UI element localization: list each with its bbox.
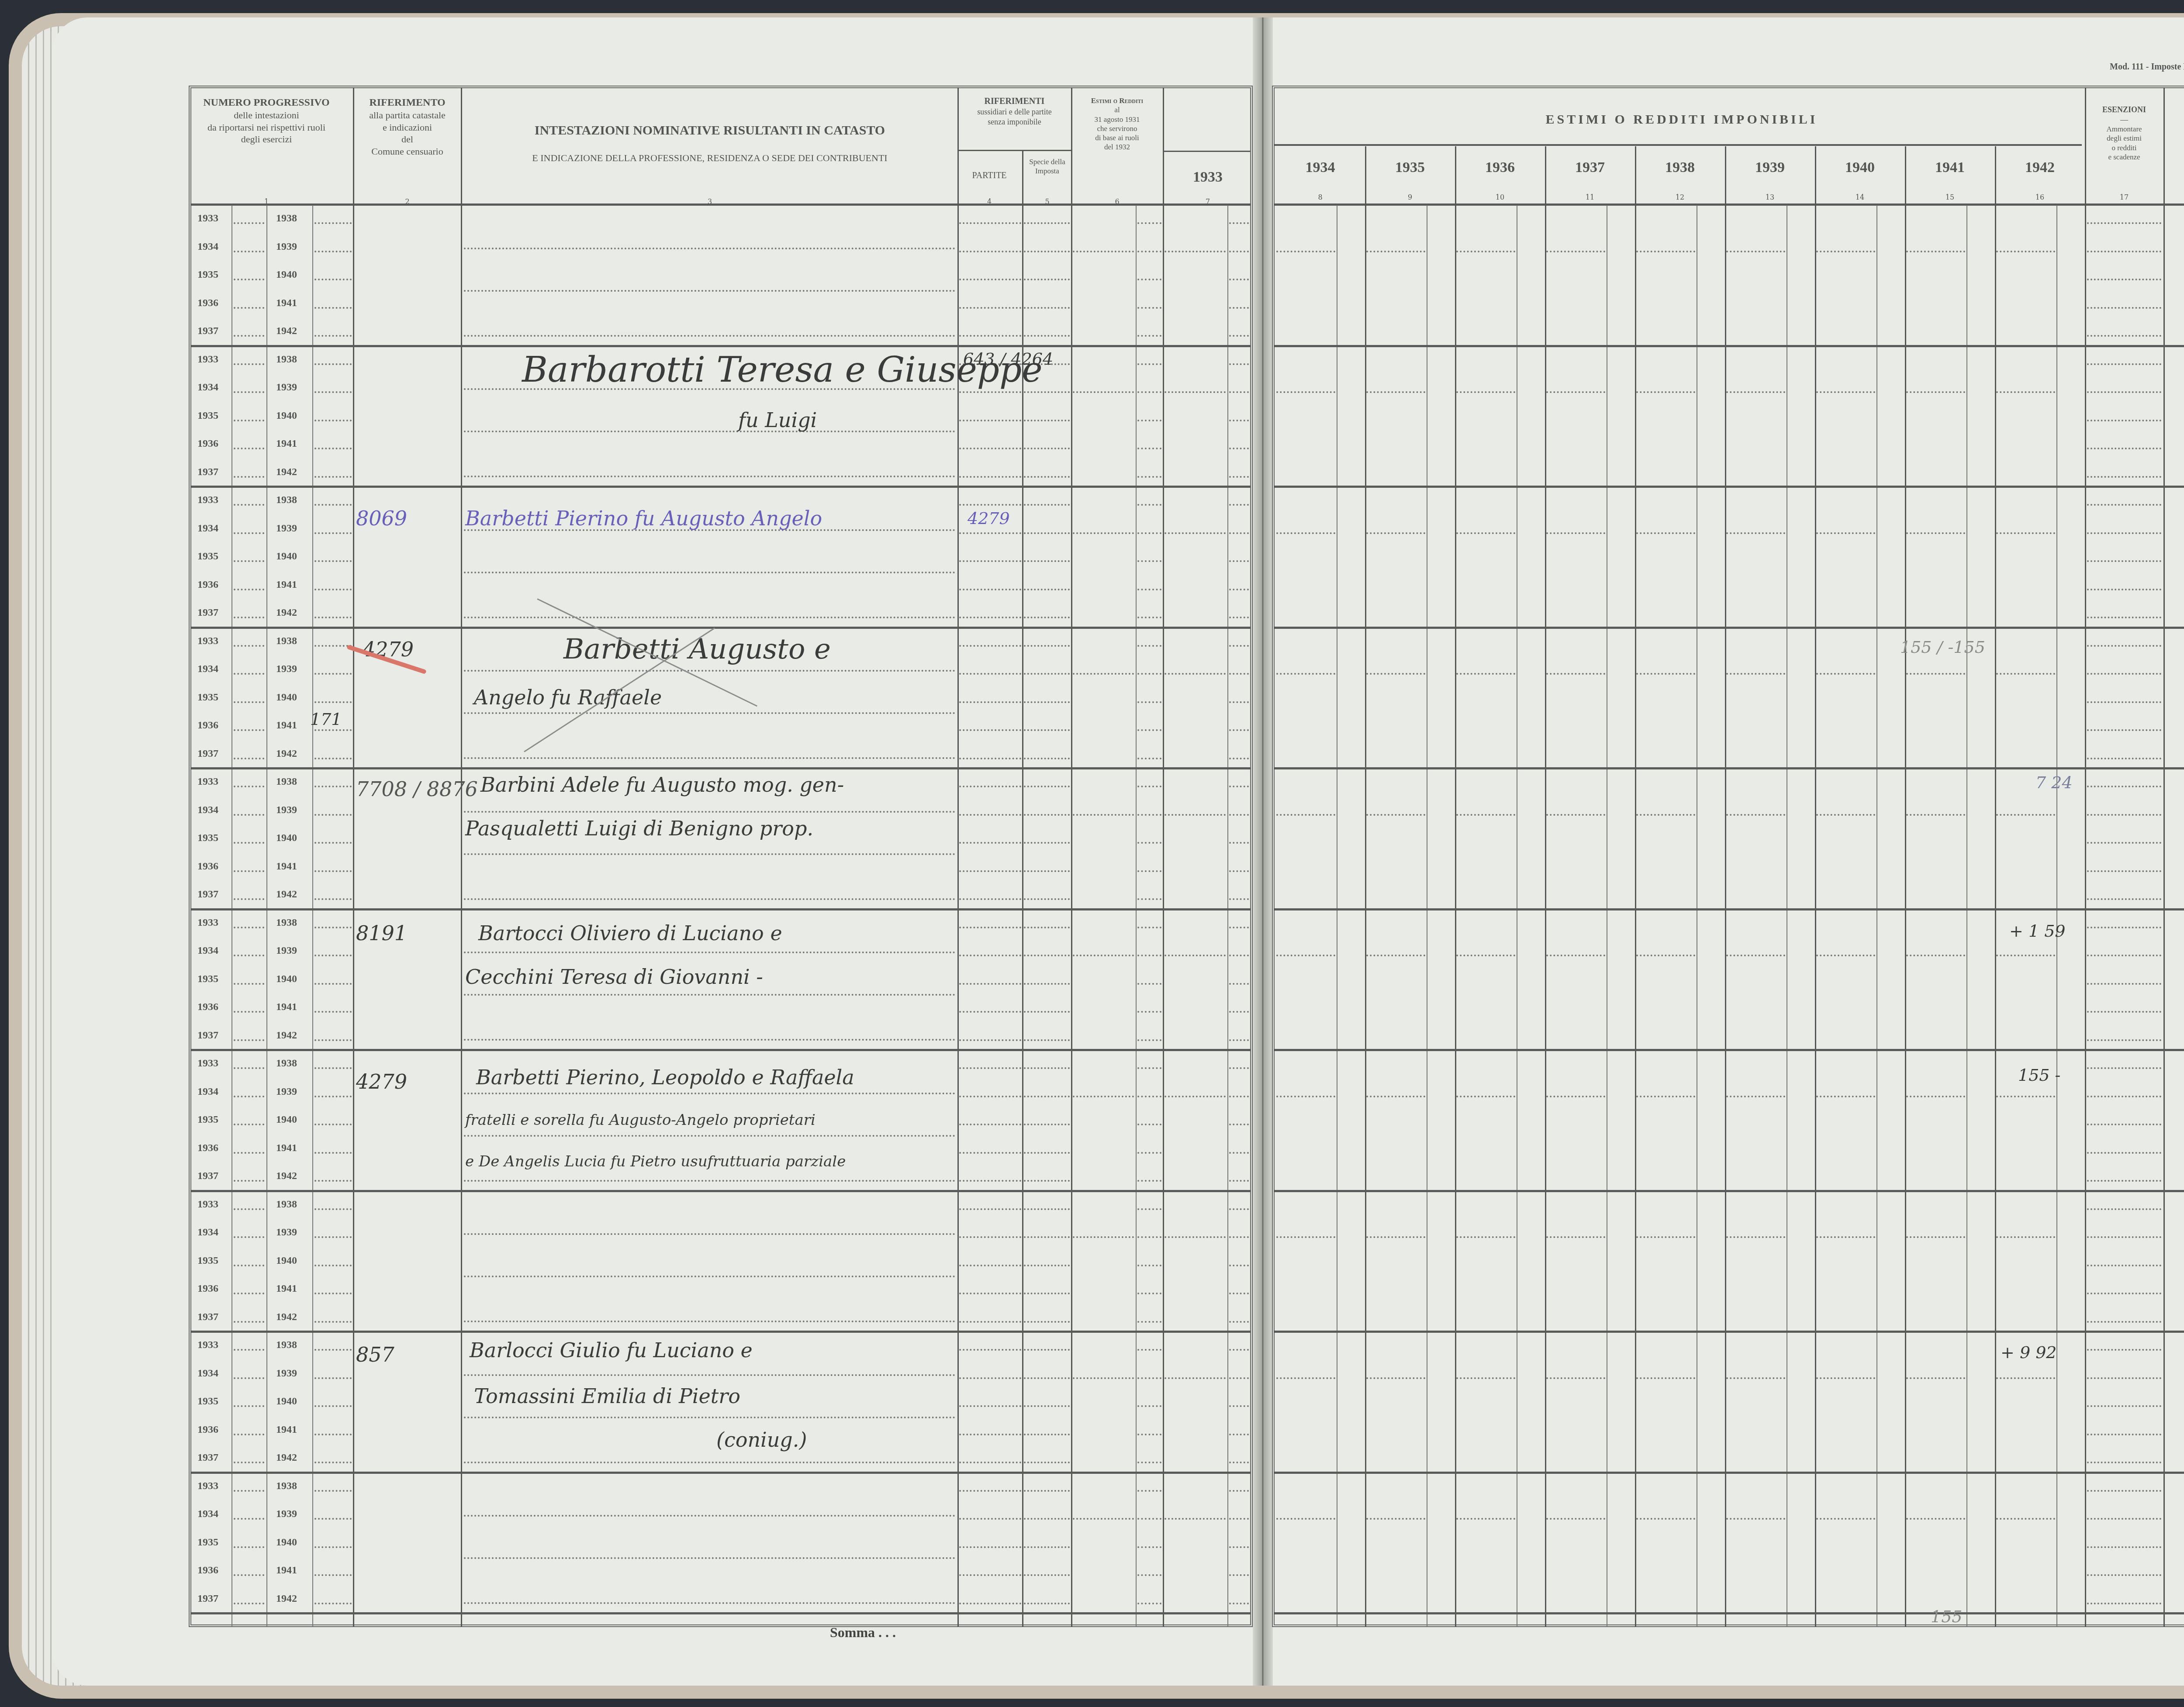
header-year: 1938 — [1635, 159, 1725, 177]
dotted-entry-line — [1229, 673, 1249, 675]
dotted-entry-line — [2087, 842, 2161, 844]
name-writing-line — [464, 335, 955, 337]
name-writing-line — [464, 572, 955, 573]
entry-riferimento: 8191 — [356, 921, 407, 945]
dotted-entry-line — [1229, 701, 1249, 703]
dotted-entry-line — [1906, 673, 1965, 675]
year-label: 1934 — [197, 382, 218, 393]
dotted-entry-line — [2087, 1518, 2161, 1520]
year-label: 1941 — [276, 1001, 297, 1013]
rule — [959, 150, 1071, 151]
dotted-entry-line — [1456, 673, 1515, 675]
dotted-entry-line — [1906, 532, 1965, 534]
dotted-entry-line — [1137, 1321, 1161, 1323]
header-estimi-1931: Estimi o Redditi al 31 agosto 1931 che s… — [1072, 96, 1162, 210]
dotted-entry-line — [1366, 391, 1425, 393]
dotted-entry-line — [234, 1490, 264, 1492]
dotted-entry-line — [2087, 1124, 2161, 1125]
entry-riferimento: 8069 — [356, 507, 407, 530]
dotted-entry-line — [234, 1236, 264, 1238]
dotted-entry-line — [1229, 898, 1249, 900]
dotted-entry-line — [1137, 673, 1161, 675]
year-label: 1936 — [197, 1283, 218, 1295]
year-label: 1934 — [197, 945, 218, 957]
year-label: 1942 — [276, 1170, 297, 1182]
year-label: 1941 — [276, 1142, 297, 1154]
dotted-entry-line — [1229, 645, 1249, 647]
dotted-entry-line — [314, 391, 352, 393]
dotted-entry-line — [1229, 1405, 1249, 1407]
dotted-entry-line — [2087, 504, 2161, 506]
name-writing-line — [464, 248, 955, 249]
dotted-entry-line — [234, 1293, 264, 1294]
entry-riferimento: 7708 / 8876 — [356, 777, 478, 801]
year-label: 1938 — [276, 1058, 297, 1069]
year-label: 1936 — [197, 579, 218, 591]
dotted-entry-line — [2087, 1180, 2161, 1182]
rule — [1274, 144, 2082, 146]
dotted-entry-line — [1366, 251, 1425, 252]
year-label: 1942 — [276, 748, 297, 760]
dotted-entry-line — [314, 1096, 352, 1097]
dotted-entry-line — [2087, 786, 2161, 787]
dotted-entry-line — [314, 927, 352, 928]
dotted-entry-line — [1816, 1096, 1875, 1097]
dotted-entry-line — [1229, 1124, 1249, 1125]
column-divider — [1455, 146, 1456, 1627]
dotted-entry-line — [959, 251, 1021, 252]
dotted-entry-line — [1137, 1265, 1161, 1266]
dotted-entry-line — [959, 786, 1021, 787]
dotted-entry-line — [2087, 729, 2161, 731]
dotted-entry-line — [1726, 673, 1785, 675]
dotted-entry-line — [1996, 1096, 2055, 1097]
dotted-entry-line — [2087, 532, 2161, 534]
dotted-entry-line — [314, 363, 352, 365]
dotted-entry-line — [2087, 983, 2161, 985]
dotted-entry-line — [2087, 617, 2161, 618]
header-line: alla partita catastale — [356, 109, 459, 121]
dotted-entry-line — [959, 842, 1021, 844]
dotted-entry-line — [234, 279, 264, 280]
column-divider — [1545, 146, 1546, 1627]
dotted-entry-line — [1073, 1377, 1134, 1379]
dotted-entry-line — [1816, 955, 1875, 956]
section-rule — [190, 908, 1251, 910]
section-rule — [190, 767, 1251, 769]
year-label: 1935 — [197, 410, 218, 422]
entry-partite: 4279 — [968, 509, 1010, 528]
year-label: 1940 — [276, 832, 297, 844]
name-writing-line — [464, 1276, 955, 1277]
dotted-entry-line — [1137, 307, 1161, 309]
year-label: 1938 — [276, 776, 297, 788]
column-divider — [1815, 146, 1816, 1627]
dotted-entry-line — [1024, 1462, 1070, 1463]
dotted-entry-line — [1229, 1603, 1249, 1604]
dotted-entry-line — [1229, 1321, 1249, 1323]
dotted-entry-line — [2087, 1377, 2161, 1379]
header-line: o redditi — [2085, 143, 2163, 152]
dotted-entry-line — [1073, 1518, 1134, 1520]
dotted-entry-line — [959, 729, 1021, 731]
dotted-entry-line — [234, 251, 264, 252]
dotted-entry-line — [959, 758, 1021, 759]
dotted-entry-line — [1024, 307, 1070, 309]
dotted-entry-line — [234, 1152, 264, 1154]
column-divider — [1227, 205, 1228, 1627]
dotted-entry-line — [959, 1180, 1021, 1182]
dotted-entry-line — [1024, 955, 1070, 956]
year-label: 1941 — [276, 1283, 297, 1295]
dotted-entry-line — [234, 701, 264, 703]
dotted-entry-line — [959, 814, 1021, 816]
dotted-entry-line — [959, 701, 1021, 703]
name-writing-line — [464, 670, 955, 672]
column-number: 8 — [1275, 193, 1365, 202]
header-esenzioni: ESENZIONI — Ammontare degli estimi o red… — [2085, 96, 2163, 205]
name-writing-line — [464, 1602, 955, 1604]
dotted-entry-line — [234, 1546, 264, 1548]
dotted-entry-line — [234, 532, 264, 534]
dotted-entry-line — [959, 589, 1021, 590]
dotted-entry-line — [1229, 476, 1249, 478]
header-title: ESTIMI O REDDITI IMPONIBILI — [1275, 111, 2088, 128]
year-label: 1936 — [197, 1001, 218, 1013]
dotted-entry-line — [2087, 1462, 2161, 1463]
dotted-entry-line — [1024, 1518, 1070, 1520]
header-line: degli estimi — [2085, 134, 2163, 143]
year-label: 1940 — [276, 1537, 297, 1548]
dotted-entry-line — [234, 927, 264, 928]
year-label: 1942 — [276, 607, 297, 619]
year-label: 1941 — [276, 1565, 297, 1576]
dotted-entry-line — [1137, 983, 1161, 985]
dotted-entry-line — [1816, 814, 1875, 816]
dotted-entry-line — [1726, 251, 1785, 252]
dotted-entry-line — [1024, 279, 1070, 280]
year-label: 1936 — [197, 297, 218, 309]
name-writing-line — [464, 757, 955, 759]
dotted-entry-line — [959, 279, 1021, 280]
dotted-entry-line — [1906, 391, 1965, 393]
dotted-entry-line — [1024, 251, 1070, 252]
year-label: 1940 — [276, 1255, 297, 1267]
dotted-entry-line — [1726, 1377, 1785, 1379]
dotted-entry-line — [314, 589, 352, 590]
dotted-entry-line — [1636, 1377, 1695, 1379]
dotted-entry-line — [1366, 1096, 1425, 1097]
dotted-entry-line — [314, 1152, 352, 1154]
dotted-entry-line — [1024, 786, 1070, 787]
dotted-entry-line — [1276, 251, 1335, 252]
year-label: 1938 — [276, 1339, 297, 1351]
header-line: Ammontare — [2085, 124, 2163, 134]
entry-reddito-1942: + 1 59 — [2009, 921, 2066, 941]
dotted-entry-line — [1636, 391, 1695, 393]
dotted-entry-line — [1229, 1152, 1249, 1154]
section-rule — [1274, 1331, 2184, 1333]
dotted-entry-line — [1229, 1096, 1249, 1097]
dotted-entry-line — [2087, 1490, 2161, 1492]
dotted-entry-line — [234, 898, 264, 900]
header-year: 1933 — [1164, 168, 1251, 187]
dotted-entry-line — [234, 1518, 264, 1520]
year-label: 1942 — [276, 466, 297, 478]
dotted-entry-line — [1137, 1124, 1161, 1125]
year-label: 1936 — [197, 861, 218, 872]
dotted-entry-line — [1456, 1096, 1515, 1097]
column-divider — [1071, 87, 1072, 1627]
dotted-entry-line — [1816, 673, 1875, 675]
header-title: INTESTAZIONI NOMINATIVE RISULTANTI IN CA… — [463, 122, 957, 139]
dotted-entry-line — [234, 729, 264, 731]
header-year-1941: 194115 — [1905, 146, 1995, 205]
dotted-entry-line — [314, 1180, 352, 1182]
dotted-entry-line — [1546, 391, 1605, 393]
entry-reddito-1941: 155 / -155 — [1900, 638, 1985, 657]
dotted-entry-line — [314, 476, 352, 478]
dotted-entry-line — [234, 222, 264, 224]
dotted-entry-line — [1024, 589, 1070, 590]
dotted-entry-line — [959, 420, 1021, 421]
dotted-entry-line — [959, 448, 1021, 449]
dotted-entry-line — [1816, 391, 1875, 393]
section-rule — [1274, 1049, 2184, 1051]
dotted-entry-line — [2087, 222, 2161, 224]
dotted-entry-line — [1137, 476, 1161, 478]
name-writing-line — [464, 952, 955, 953]
dotted-entry-line — [1366, 532, 1425, 534]
header-riferimenti-sussidiari: RIFERIMENTI sussidiari e delle partite s… — [959, 96, 1070, 148]
dotted-entry-line — [1165, 1096, 1226, 1097]
dotted-entry-line — [1456, 955, 1515, 956]
dotted-entry-line — [1996, 391, 2055, 393]
dotted-entry-line — [1024, 1377, 1070, 1379]
section-rule — [1274, 1472, 2184, 1474]
dotted-entry-line — [1726, 814, 1785, 816]
dotted-entry-line — [1024, 617, 1070, 618]
dotted-entry-line — [234, 1349, 264, 1351]
dotted-entry-line — [1229, 1546, 1249, 1548]
name-writing-line — [464, 898, 955, 900]
section-rule — [190, 1049, 1251, 1051]
dotted-entry-line — [234, 1462, 264, 1463]
dotted-entry-line — [234, 560, 264, 562]
dotted-entry-line — [2087, 870, 2161, 872]
dotted-entry-line — [1137, 842, 1161, 844]
dotted-entry-line — [234, 1377, 264, 1379]
year-label: 1939 — [276, 1227, 297, 1238]
year-label: 1942 — [276, 889, 297, 900]
header-year: 1935 — [1365, 159, 1455, 177]
year-label: 1933 — [197, 776, 218, 788]
dotted-entry-line — [1137, 1405, 1161, 1407]
dotted-entry-line — [959, 617, 1021, 618]
entry-name-line: Barbini Adele fu Augusto mog. gen- — [480, 773, 844, 797]
dotted-entry-line — [314, 786, 352, 787]
header-line: e indicazioni — [356, 121, 459, 134]
dotted-entry-line — [1137, 1096, 1161, 1097]
year-label: 1934 — [197, 523, 218, 535]
entry-riferimento: 857 — [356, 1343, 394, 1366]
column-divider — [461, 87, 462, 1627]
dotted-entry-line — [1996, 1518, 2055, 1520]
year-label: 1940 — [276, 269, 297, 281]
dotted-entry-line — [1024, 1067, 1070, 1069]
dotted-entry-line — [314, 1546, 352, 1548]
dotted-entry-line — [1229, 1377, 1249, 1379]
header-specie-imposta: Specie della Imposta 5 — [1024, 153, 1070, 210]
year-label: 1937 — [197, 325, 218, 337]
header-year-1936: 193610 — [1455, 146, 1545, 205]
dotted-entry-line — [314, 1236, 352, 1238]
dotted-entry-line — [1024, 1434, 1070, 1435]
dotted-entry-line — [1024, 1546, 1070, 1548]
dotted-entry-line — [1024, 335, 1070, 337]
dotted-entry-line — [1024, 842, 1070, 844]
dotted-entry-line — [2087, 898, 2161, 900]
cents-divider — [1787, 205, 1787, 1627]
year-label: 1933 — [197, 1480, 218, 1492]
header-year: 1934 — [1275, 159, 1365, 177]
header-bottom-rule — [1274, 203, 2184, 206]
year-label: 1935 — [197, 973, 218, 985]
form-label: Mod. 111 - Imposte Dirette (Intercalare)… — [2110, 62, 2184, 72]
year-label: 1934 — [197, 1227, 218, 1238]
dotted-entry-line — [1726, 1518, 1785, 1520]
dotted-entry-line — [2087, 1603, 2161, 1604]
dotted-entry-line — [959, 1462, 1021, 1463]
dotted-entry-line — [1546, 673, 1605, 675]
dotted-entry-line — [234, 814, 264, 816]
dotted-entry-line — [234, 589, 264, 590]
name-writing-line — [464, 1462, 955, 1463]
section-rule — [190, 1190, 1251, 1192]
header-partite: PARTITE 4 — [959, 153, 1020, 210]
year-label: 1937 — [197, 1452, 218, 1464]
column-divider — [353, 87, 354, 1627]
dotted-entry-line — [234, 758, 264, 759]
header-intestazioni: INTESTAZIONI NOMINATIVE RISULTANTI IN CA… — [463, 96, 957, 210]
column-number: 11 — [1545, 193, 1635, 202]
column-number: 16 — [1995, 193, 2085, 202]
dotted-entry-line — [1137, 532, 1161, 534]
dotted-entry-line — [1137, 1434, 1161, 1435]
dotted-entry-line — [1137, 222, 1161, 224]
dotted-entry-line — [314, 222, 352, 224]
year-label: 1939 — [276, 1086, 297, 1098]
dotted-entry-line — [1996, 251, 2055, 252]
dotted-entry-line — [2087, 307, 2161, 309]
dotted-entry-line — [1137, 617, 1161, 618]
dotted-entry-line — [1137, 1546, 1161, 1548]
dotted-entry-line — [1137, 504, 1161, 506]
dotted-entry-line — [1229, 1039, 1249, 1041]
dotted-entry-line — [959, 335, 1021, 337]
dotted-entry-line — [314, 955, 352, 956]
dotted-entry-line — [1456, 1518, 1515, 1520]
dotted-entry-line — [1726, 1096, 1785, 1097]
dotted-entry-line — [234, 842, 264, 844]
side-mark: 171 — [310, 710, 342, 729]
dotted-entry-line — [2087, 1321, 2161, 1323]
dotted-entry-line — [959, 1321, 1021, 1323]
dotted-entry-line — [959, 1490, 1021, 1492]
dotted-entry-line — [1137, 1152, 1161, 1154]
dotted-entry-line — [1073, 814, 1134, 816]
header-year-1939: 193913 — [1725, 146, 1815, 205]
year-label: 1940 — [276, 551, 297, 562]
section-rule — [1274, 767, 2184, 769]
dotted-entry-line — [1636, 673, 1695, 675]
column-divider — [1725, 146, 1726, 1627]
dotted-entry-line — [1165, 391, 1226, 393]
dotted-entry-line — [959, 504, 1021, 506]
dotted-entry-line — [314, 1434, 352, 1435]
dotted-entry-line — [314, 1349, 352, 1351]
dotted-entry-line — [1137, 786, 1161, 787]
dotted-entry-line — [1996, 673, 2055, 675]
dotted-entry-line — [1276, 1377, 1335, 1379]
name-writing-line — [464, 1233, 955, 1235]
dotted-entry-line — [1229, 1180, 1249, 1182]
dotted-entry-line — [1165, 673, 1226, 675]
year-label: 1933 — [197, 1339, 218, 1351]
year-label: 1941 — [276, 720, 297, 731]
section-rule — [1274, 627, 2184, 629]
cents-divider — [1427, 205, 1427, 1627]
dotted-entry-line — [234, 870, 264, 872]
header-line: 31 agosto 1931 — [1072, 115, 1162, 124]
year-label: 1938 — [276, 213, 297, 224]
somma-label: Somma . . . — [830, 1624, 896, 1641]
dotted-entry-line — [314, 1039, 352, 1041]
dotted-entry-line — [1024, 701, 1070, 703]
column-divider — [957, 87, 959, 1627]
dotted-entry-line — [1366, 814, 1425, 816]
dotted-entry-line — [1024, 870, 1070, 872]
year-label: 1934 — [197, 663, 218, 675]
year-label: 1936 — [197, 720, 218, 731]
year-label: 1937 — [197, 889, 218, 900]
header-title: PARTITE — [959, 170, 1020, 181]
header-line: che servirono — [1072, 124, 1162, 133]
dotted-entry-line — [1229, 532, 1249, 534]
dotted-entry-line — [234, 1180, 264, 1182]
dotted-entry-line — [1024, 645, 1070, 647]
dotted-entry-line — [1073, 955, 1134, 956]
dotted-entry-line — [314, 1011, 352, 1013]
year-label: 1934 — [197, 1368, 218, 1379]
column-divider — [2085, 87, 2086, 1627]
dotted-entry-line — [959, 645, 1021, 647]
name-writing-line — [464, 712, 955, 714]
dotted-entry-line — [1816, 1518, 1875, 1520]
dotted-entry-line — [1024, 222, 1070, 224]
section-rule — [190, 1472, 1251, 1474]
dotted-entry-line — [2087, 1349, 2161, 1351]
dotted-entry-line — [959, 560, 1021, 562]
dotted-entry-line — [314, 1377, 352, 1379]
dotted-entry-line — [234, 420, 264, 421]
year-label: 1942 — [276, 1593, 297, 1605]
year-label: 1935 — [197, 269, 218, 281]
dotted-entry-line — [1906, 1096, 1965, 1097]
dotted-entry-line — [1165, 814, 1226, 816]
year-label: 1934 — [197, 241, 218, 253]
dotted-entry-line — [234, 786, 264, 787]
